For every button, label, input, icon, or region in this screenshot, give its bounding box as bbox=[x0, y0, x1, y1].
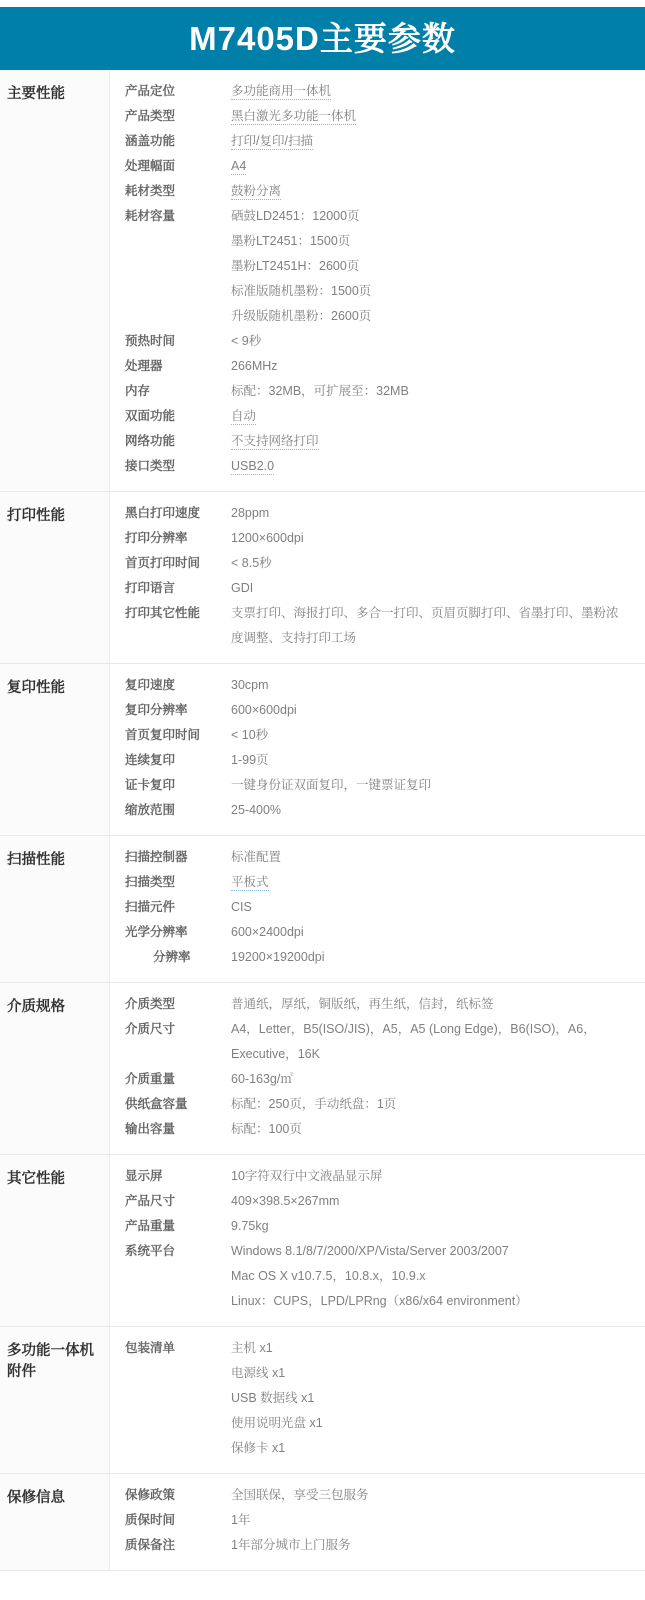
spec-label: 介质尺寸 bbox=[110, 1017, 231, 1042]
spec-label: 介质重量 bbox=[110, 1067, 231, 1092]
spec-term-link[interactable]: A4 bbox=[231, 159, 246, 175]
spec-row: 连续复印1-99页 bbox=[110, 748, 629, 773]
spec-values: A4 bbox=[231, 154, 629, 179]
spec-value-line: 1-99页 bbox=[231, 748, 629, 773]
spec-label: 打印分辨率 bbox=[110, 526, 231, 551]
section-title: 保修信息 bbox=[7, 1488, 107, 1509]
spec-section: 主要性能产品定位多功能商用一体机产品类型黑白激光多功能一体机涵盖功能打印/复印/… bbox=[0, 70, 645, 492]
spec-value-line: 19200×19200dpi bbox=[231, 945, 629, 970]
section-title-column: 扫描性能 bbox=[0, 836, 110, 982]
spec-values: 1年 bbox=[231, 1508, 629, 1533]
spec-row: 复印分辨率600×600dpi bbox=[110, 698, 629, 723]
spec-value-line: 标准配置 bbox=[231, 845, 629, 870]
spec-value-line: 1年部分城市上门服务 bbox=[231, 1533, 629, 1558]
spec-values: 不支持网络打印 bbox=[231, 429, 629, 454]
spec-value-line: A4 bbox=[231, 154, 629, 179]
spec-label: 打印其它性能 bbox=[110, 601, 231, 626]
spec-values: 30cpm bbox=[231, 673, 629, 698]
spec-values: 25-400% bbox=[231, 798, 629, 823]
spec-values: 266MHz bbox=[231, 354, 629, 379]
spec-values: 600×2400dpi bbox=[231, 920, 629, 945]
page-title: M7405D主要参数 bbox=[189, 20, 456, 57]
spec-values: < 8.5秒 bbox=[231, 551, 629, 576]
spec-values: Windows 8.1/8/7/2000/XP/Vista/Server 200… bbox=[231, 1239, 629, 1314]
spec-label: 双面功能 bbox=[110, 404, 231, 429]
spec-value-line: USB 数据线 x1 bbox=[231, 1386, 629, 1411]
spec-row: 首页复印时间< 10秒 bbox=[110, 723, 629, 748]
spec-term-link[interactable]: 黑白激光多功能一体机 bbox=[231, 109, 356, 125]
spec-value-line: 硒鼓LD2451：12000页 bbox=[231, 204, 629, 229]
spec-label: 处理幅面 bbox=[110, 154, 231, 179]
section-rows: 复印速度30cpm复印分辨率600×600dpi首页复印时间< 10秒连续复印1… bbox=[110, 664, 645, 835]
spec-row: 光学分辨率600×2400dpi bbox=[110, 920, 629, 945]
spec-value-line: 9.75kg bbox=[231, 1214, 629, 1239]
spec-label: 光学分辨率 bbox=[110, 920, 231, 945]
spec-value-line: 鼓粉分离 bbox=[231, 179, 629, 204]
section-title-column: 主要性能 bbox=[0, 70, 110, 491]
spec-row: 质保时间1年 bbox=[110, 1508, 629, 1533]
spec-values: 自动 bbox=[231, 404, 629, 429]
spec-values: 支票打印、海报打印、多合一打印、页眉页脚打印、省墨打印、墨粉浓度调整、支持打印工… bbox=[231, 601, 629, 651]
spec-label: 产品类型 bbox=[110, 104, 231, 129]
spec-section: 介质规格介质类型普通纸，厚纸，铜版纸，再生纸，信封，纸标签介质尺寸A4，Lett… bbox=[0, 983, 645, 1155]
spec-row: 显示屏10字符双行中文液晶显示屏 bbox=[110, 1164, 629, 1189]
spec-value-line: USB2.0 bbox=[231, 454, 629, 479]
section-rows: 介质类型普通纸，厚纸，铜版纸，再生纸，信封，纸标签介质尺寸A4，Letter，B… bbox=[110, 983, 645, 1154]
spec-values: 标配：250页，手动纸盘：1页 bbox=[231, 1092, 629, 1117]
spec-value-line: 标配：250页，手动纸盘：1页 bbox=[231, 1092, 629, 1117]
spec-value-line: 标配：32MB，可扩展至：32MB bbox=[231, 379, 629, 404]
spec-label: 包装清单 bbox=[110, 1336, 231, 1361]
spec-row: 扫描元件CIS bbox=[110, 895, 629, 920]
spec-label: 输出容量 bbox=[110, 1117, 231, 1142]
spec-row: 耗材容量硒鼓LD2451：12000页墨粉LT2451：1500页墨粉LT245… bbox=[110, 204, 629, 329]
spec-value-line: CIS bbox=[231, 895, 629, 920]
spec-row: 供纸盒容量标配：250页，手动纸盘：1页 bbox=[110, 1092, 629, 1117]
spec-values: A4，Letter，B5(ISO/JIS)，A5，A5 (Long Edge)，… bbox=[231, 1017, 629, 1067]
spec-row: 接口类型USB2.0 bbox=[110, 454, 629, 479]
spec-label: 保修政策 bbox=[110, 1483, 231, 1508]
section-title: 多功能一体机附件 bbox=[7, 1341, 107, 1383]
spec-value-line: 普通纸，厚纸，铜版纸，再生纸，信封，纸标签 bbox=[231, 992, 629, 1017]
section-title-column: 复印性能 bbox=[0, 664, 110, 835]
spec-row: 耗材类型鼓粉分离 bbox=[110, 179, 629, 204]
spec-term-link[interactable]: 平板式 bbox=[231, 875, 269, 891]
spec-label: 耗材类型 bbox=[110, 179, 231, 204]
spec-row: 质保备注1年部分城市上门服务 bbox=[110, 1533, 629, 1558]
spec-value-line: Linux：CUPS，LPD/LPRng（x86/x64 environment… bbox=[231, 1289, 629, 1314]
spec-values: < 9秒 bbox=[231, 329, 629, 354]
spec-values: < 10秒 bbox=[231, 723, 629, 748]
spec-values: 主机 x1电源线 x1USB 数据线 x1使用说明光盘 x1保修卡 x1 bbox=[231, 1336, 629, 1461]
spec-label: 产品尺寸 bbox=[110, 1189, 231, 1214]
spec-section: 多功能一体机附件包装清单主机 x1电源线 x1USB 数据线 x1使用说明光盘 … bbox=[0, 1327, 645, 1474]
spec-value-line: 标准版随机墨粉：1500页 bbox=[231, 279, 629, 304]
spec-value-line: 使用说明光盘 x1 bbox=[231, 1411, 629, 1436]
spec-value-line: 600×600dpi bbox=[231, 698, 629, 723]
spec-label: 介质类型 bbox=[110, 992, 231, 1017]
spec-value-line: 墨粉LT2451：1500页 bbox=[231, 229, 629, 254]
spec-label: 黑白打印速度 bbox=[110, 501, 231, 526]
spec-label: 产品重量 bbox=[110, 1214, 231, 1239]
spec-value-line: 25-400% bbox=[231, 798, 629, 823]
spec-values: 28ppm bbox=[231, 501, 629, 526]
spec-label: 系统平台 bbox=[110, 1239, 231, 1264]
spec-value-line: 全国联保，享受三包服务 bbox=[231, 1483, 629, 1508]
spec-value-line: 墨粉LT2451H：2600页 bbox=[231, 254, 629, 279]
spec-values: 1-99页 bbox=[231, 748, 629, 773]
spec-section: 保修信息保修政策全国联保，享受三包服务质保时间1年质保备注1年部分城市上门服务 bbox=[0, 1474, 645, 1571]
spec-value-line: < 8.5秒 bbox=[231, 551, 629, 576]
spec-row: 产品定位多功能商用一体机 bbox=[110, 79, 629, 104]
spec-row: 扫描类型平板式 bbox=[110, 870, 629, 895]
section-title: 介质规格 bbox=[7, 997, 107, 1018]
spec-label: 网络功能 bbox=[110, 429, 231, 454]
spec-label: 质保备注 bbox=[110, 1533, 231, 1558]
section-rows: 扫描控制器标准配置扫描类型平板式扫描元件CIS光学分辨率600×2400dpi分… bbox=[110, 836, 645, 982]
spec-values: 19200×19200dpi bbox=[231, 945, 629, 970]
spec-row: 扫描控制器标准配置 bbox=[110, 845, 629, 870]
spec-value-line: 28ppm bbox=[231, 501, 629, 526]
spec-value-line: 支票打印、海报打印、多合一打印、页眉页脚打印、省墨打印、墨粉浓度调整、支持打印工… bbox=[231, 601, 629, 651]
spec-label: 供纸盒容量 bbox=[110, 1092, 231, 1117]
section-title: 扫描性能 bbox=[7, 850, 107, 871]
spec-values: 1年部分城市上门服务 bbox=[231, 1533, 629, 1558]
spec-value-line: 不支持网络打印 bbox=[231, 429, 629, 454]
spec-values: 标准配置 bbox=[231, 845, 629, 870]
section-rows: 产品定位多功能商用一体机产品类型黑白激光多功能一体机涵盖功能打印/复印/扫描处理… bbox=[110, 70, 645, 491]
spec-label: 缩放范围 bbox=[110, 798, 231, 823]
spec-label: 复印分辨率 bbox=[110, 698, 231, 723]
section-title: 打印性能 bbox=[7, 506, 107, 527]
page-title-banner: M7405D主要参数 bbox=[0, 7, 645, 70]
spec-value-line: 1200×600dpi bbox=[231, 526, 629, 551]
spec-values: 多功能商用一体机 bbox=[231, 79, 629, 104]
spec-row: 保修政策全国联保，享受三包服务 bbox=[110, 1483, 629, 1508]
spec-label: 涵盖功能 bbox=[110, 129, 231, 154]
spec-value-line: 主机 x1 bbox=[231, 1336, 629, 1361]
spec-value-line: Mac OS X v10.7.5，10.8.x，10.9.x bbox=[231, 1264, 629, 1289]
spec-term-link[interactable]: 鼓粉分离 bbox=[231, 184, 281, 200]
spec-term-link[interactable]: 多功能商用一体机 bbox=[231, 84, 331, 100]
spec-row: 产品类型黑白激光多功能一体机 bbox=[110, 104, 629, 129]
spec-row: 介质尺寸A4，Letter，B5(ISO/JIS)，A5，A5 (Long Ed… bbox=[110, 1017, 629, 1067]
spec-row: 打印其它性能支票打印、海报打印、多合一打印、页眉页脚打印、省墨打印、墨粉浓度调整… bbox=[110, 601, 629, 651]
spec-label: 耗材容量 bbox=[110, 204, 231, 229]
spec-section: 其它性能显示屏10字符双行中文液晶显示屏产品尺寸409×398.5×267mm产… bbox=[0, 1155, 645, 1327]
spec-section: 扫描性能扫描控制器标准配置扫描类型平板式扫描元件CIS光学分辨率600×2400… bbox=[0, 836, 645, 983]
section-rows: 显示屏10字符双行中文液晶显示屏产品尺寸409×398.5×267mm产品重量9… bbox=[110, 1155, 645, 1326]
spec-section: 打印性能黑白打印速度28ppm打印分辨率1200×600dpi首页打印时间< 8… bbox=[0, 492, 645, 664]
spec-label: 分辨率 bbox=[110, 945, 231, 970]
spec-row: 复印速度30cpm bbox=[110, 673, 629, 698]
spec-label: 扫描类型 bbox=[110, 870, 231, 895]
spec-values: 409×398.5×267mm bbox=[231, 1189, 629, 1214]
spec-value-line: 60-163g/㎡ bbox=[231, 1067, 629, 1092]
spec-label: 扫描控制器 bbox=[110, 845, 231, 870]
spec-values: 标配：100页 bbox=[231, 1117, 629, 1142]
spec-row: 处理器266MHz bbox=[110, 354, 629, 379]
spec-row: 打印语言GDI bbox=[110, 576, 629, 601]
spec-value-line: 多功能商用一体机 bbox=[231, 79, 629, 104]
spec-row: 产品重量9.75kg bbox=[110, 1214, 629, 1239]
spec-row: 内存标配：32MB，可扩展至：32MB bbox=[110, 379, 629, 404]
spec-label: 产品定位 bbox=[110, 79, 231, 104]
spec-row: 黑白打印速度28ppm bbox=[110, 501, 629, 526]
spec-label: 质保时间 bbox=[110, 1508, 231, 1533]
spec-row: 双面功能自动 bbox=[110, 404, 629, 429]
spec-label: 接口类型 bbox=[110, 454, 231, 479]
spec-values: 10字符双行中文液晶显示屏 bbox=[231, 1164, 629, 1189]
spec-values: CIS bbox=[231, 895, 629, 920]
section-title-column: 保修信息 bbox=[0, 1474, 110, 1570]
spec-value-line: 1年 bbox=[231, 1508, 629, 1533]
spec-value-line: 电源线 x1 bbox=[231, 1361, 629, 1386]
spec-term-link[interactable]: 打印/复印/扫描 bbox=[231, 134, 313, 150]
spec-row: 涵盖功能打印/复印/扫描 bbox=[110, 129, 629, 154]
spec-row: 分辨率19200×19200dpi bbox=[110, 945, 629, 970]
spec-row: 处理幅面A4 bbox=[110, 154, 629, 179]
spec-value-line: 平板式 bbox=[231, 870, 629, 895]
spec-value-line: 409×398.5×267mm bbox=[231, 1189, 629, 1214]
spec-values: 600×600dpi bbox=[231, 698, 629, 723]
spec-term-link[interactable]: USB2.0 bbox=[231, 459, 274, 475]
spec-value-line: 升级版随机墨粉：2600页 bbox=[231, 304, 629, 329]
spec-row: 产品尺寸409×398.5×267mm bbox=[110, 1189, 629, 1214]
spec-values: 9.75kg bbox=[231, 1214, 629, 1239]
spec-label: 复印速度 bbox=[110, 673, 231, 698]
section-title: 主要性能 bbox=[7, 84, 107, 105]
spec-value-line: 黑白激光多功能一体机 bbox=[231, 104, 629, 129]
spec-values: GDI bbox=[231, 576, 629, 601]
spec-value-line: A4，Letter，B5(ISO/JIS)，A5，A5 (Long Edge)，… bbox=[231, 1017, 629, 1067]
spec-row: 缩放范围25-400% bbox=[110, 798, 629, 823]
spec-values: 鼓粉分离 bbox=[231, 179, 629, 204]
spec-row: 预热时间< 9秒 bbox=[110, 329, 629, 354]
spec-row: 打印分辨率1200×600dpi bbox=[110, 526, 629, 551]
spec-value-line: 266MHz bbox=[231, 354, 629, 379]
spec-row: 输出容量标配：100页 bbox=[110, 1117, 629, 1142]
spec-value-line: GDI bbox=[231, 576, 629, 601]
spec-value-line: < 9秒 bbox=[231, 329, 629, 354]
spec-value-line: 30cpm bbox=[231, 673, 629, 698]
spec-label: 证卡复印 bbox=[110, 773, 231, 798]
spec-label: 内存 bbox=[110, 379, 231, 404]
spec-value-line: 标配：100页 bbox=[231, 1117, 629, 1142]
spec-value-line: < 10秒 bbox=[231, 723, 629, 748]
spec-label: 首页打印时间 bbox=[110, 551, 231, 576]
spec-value-line: Windows 8.1/8/7/2000/XP/Vista/Server 200… bbox=[231, 1239, 629, 1264]
section-rows: 包装清单主机 x1电源线 x1USB 数据线 x1使用说明光盘 x1保修卡 x1 bbox=[110, 1327, 645, 1473]
section-title-column: 介质规格 bbox=[0, 983, 110, 1154]
spec-values: 打印/复印/扫描 bbox=[231, 129, 629, 154]
spec-value-line: 打印/复印/扫描 bbox=[231, 129, 629, 154]
spec-values: 全国联保，享受三包服务 bbox=[231, 1483, 629, 1508]
spec-label: 显示屏 bbox=[110, 1164, 231, 1189]
spec-value-line: 保修卡 x1 bbox=[231, 1436, 629, 1461]
section-title-column: 其它性能 bbox=[0, 1155, 110, 1326]
spec-values: 硒鼓LD2451：12000页墨粉LT2451：1500页墨粉LT2451H：2… bbox=[231, 204, 629, 329]
section-title-column: 多功能一体机附件 bbox=[0, 1327, 110, 1473]
section-title: 复印性能 bbox=[7, 678, 107, 699]
spec-label: 处理器 bbox=[110, 354, 231, 379]
spec-row: 包装清单主机 x1电源线 x1USB 数据线 x1使用说明光盘 x1保修卡 x1 bbox=[110, 1336, 629, 1461]
spec-values: 黑白激光多功能一体机 bbox=[231, 104, 629, 129]
spec-values: 标配：32MB，可扩展至：32MB bbox=[231, 379, 629, 404]
spec-label: 预热时间 bbox=[110, 329, 231, 354]
spec-values: 1200×600dpi bbox=[231, 526, 629, 551]
spec-value-line: 600×2400dpi bbox=[231, 920, 629, 945]
spec-term-link[interactable]: 不支持网络打印 bbox=[231, 434, 319, 450]
spec-row: 介质类型普通纸，厚纸，铜版纸，再生纸，信封，纸标签 bbox=[110, 992, 629, 1017]
spec-table: 主要性能产品定位多功能商用一体机产品类型黑白激光多功能一体机涵盖功能打印/复印/… bbox=[0, 70, 645, 1571]
section-title-column: 打印性能 bbox=[0, 492, 110, 663]
spec-value-line: 一键身份证双面复印，一键票证复印 bbox=[231, 773, 629, 798]
spec-values: 60-163g/㎡ bbox=[231, 1067, 629, 1092]
spec-value-line: 自动 bbox=[231, 404, 629, 429]
spec-values: 平板式 bbox=[231, 870, 629, 895]
spec-values: 普通纸，厚纸，铜版纸，再生纸，信封，纸标签 bbox=[231, 992, 629, 1017]
spec-label: 打印语言 bbox=[110, 576, 231, 601]
spec-label: 首页复印时间 bbox=[110, 723, 231, 748]
spec-values: 一键身份证双面复印，一键票证复印 bbox=[231, 773, 629, 798]
spec-row: 证卡复印一键身份证双面复印，一键票证复印 bbox=[110, 773, 629, 798]
spec-label: 连续复印 bbox=[110, 748, 231, 773]
spec-label: 扫描元件 bbox=[110, 895, 231, 920]
spec-section: 复印性能复印速度30cpm复印分辨率600×600dpi首页复印时间< 10秒连… bbox=[0, 664, 645, 836]
spec-value-line: 10字符双行中文液晶显示屏 bbox=[231, 1164, 629, 1189]
section-rows: 保修政策全国联保，享受三包服务质保时间1年质保备注1年部分城市上门服务 bbox=[110, 1474, 645, 1570]
spec-term-link[interactable]: 自动 bbox=[231, 409, 256, 425]
spec-row: 系统平台Windows 8.1/8/7/2000/XP/Vista/Server… bbox=[110, 1239, 629, 1314]
section-rows: 黑白打印速度28ppm打印分辨率1200×600dpi首页打印时间< 8.5秒打… bbox=[110, 492, 645, 663]
section-title: 其它性能 bbox=[7, 1169, 107, 1190]
spec-values: USB2.0 bbox=[231, 454, 629, 479]
spec-row: 首页打印时间< 8.5秒 bbox=[110, 551, 629, 576]
spec-row: 介质重量60-163g/㎡ bbox=[110, 1067, 629, 1092]
spec-row: 网络功能不支持网络打印 bbox=[110, 429, 629, 454]
